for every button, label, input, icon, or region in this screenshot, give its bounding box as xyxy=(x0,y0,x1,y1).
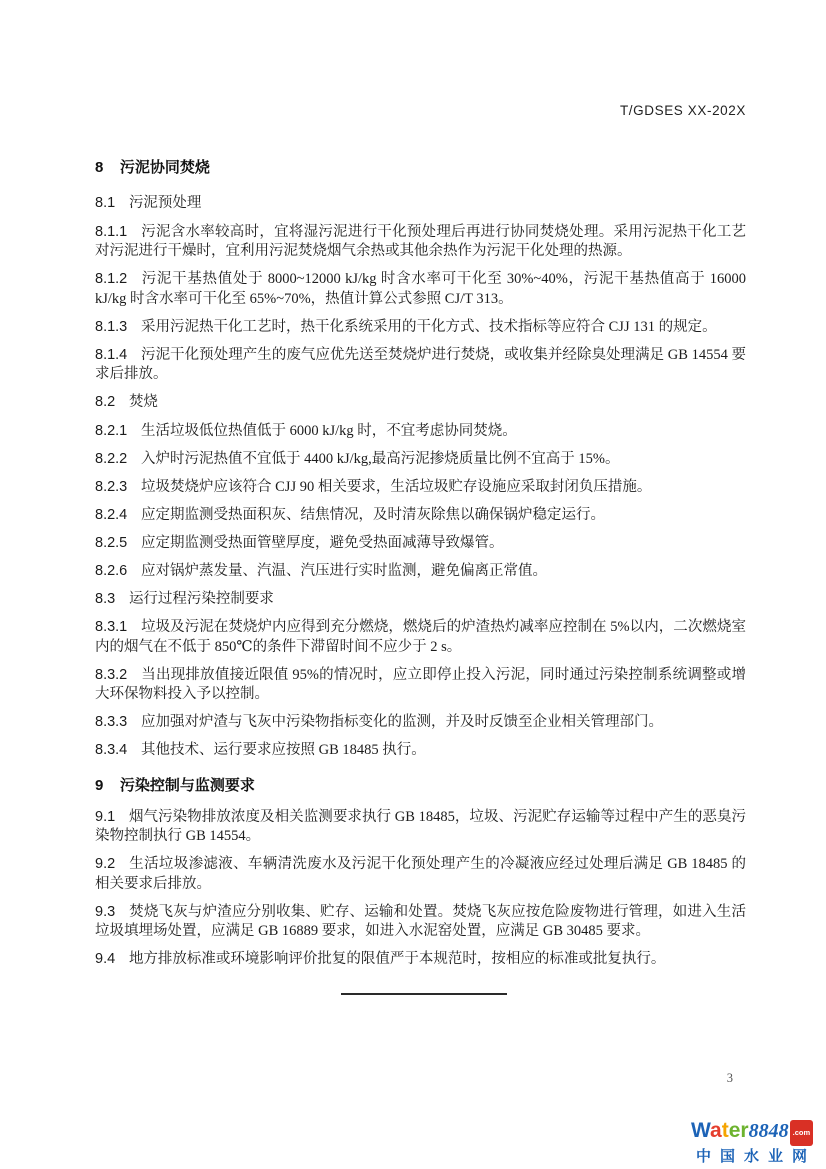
clause-number: 9.3 xyxy=(95,904,115,920)
clause-9-2: 9.2生活垃圾渗滤液、车辆清洗废水及污泥干化预处理产生的冷凝液应经过处理后满足 … xyxy=(95,855,746,894)
clause-number: 8.3.4 xyxy=(95,742,127,758)
chapter-number: 9 xyxy=(95,777,103,794)
clause-number: 8.1.3 xyxy=(95,319,127,335)
clause-text: 生活垃圾低位热值低于 6000 kJ/kg 时，不宜考虑协同焚烧。 xyxy=(141,423,517,439)
chapter-8-heading: 8污泥协同焚烧 xyxy=(95,158,746,178)
clause-8-1-2: 8.1.2污泥干基热值处于 8000~12000 kJ/kg 时含水率可干化至 … xyxy=(95,270,746,309)
clause-text: 应定期监测受热面管壁厚度，避免受热面减薄导致爆管。 xyxy=(141,535,504,551)
clause-9-4: 9.4地方排放标准或环境影响评价批复的限值严于本规范时，按相应的标准或批复执行。 xyxy=(95,950,746,970)
clause-8-3-3: 8.3.3应加强对炉渣与飞灰中污染物指标变化的监测，并及时反馈至企业相关管理部门… xyxy=(95,713,746,733)
clause-number: 9.4 xyxy=(95,951,115,967)
section-title: 污泥预处理 xyxy=(129,195,202,211)
water8848-logo: Water8848.com 中国水业网 xyxy=(691,1119,821,1166)
clause-number: 8.2.1 xyxy=(95,423,127,439)
clause-text: 污泥含水率较高时，宜将湿污泥进行干化预处理后再进行协同焚烧处理。采用污泥热干化工… xyxy=(95,224,746,260)
clause-8-1-3: 8.1.3采用污泥热干化工艺时，热干化系统采用的干化方式、技术指标等应符合 CJ… xyxy=(95,318,746,338)
logo-subtitle-chinese: 中国水业网 xyxy=(691,1147,821,1166)
section-number: 8.3 xyxy=(95,591,115,607)
clause-text: 污泥干基热值处于 8000~12000 kJ/kg 时含水率可干化至 30%~4… xyxy=(95,271,746,307)
clause-9-1: 9.1烟气污染物排放浓度及相关监测要求执行 GB 18485，垃圾、污泥贮存运输… xyxy=(95,808,746,847)
clause-text: 当出现排放值接近限值 95%的情况时，应立即停止投入污泥，同时通过污染控制系统调… xyxy=(95,667,746,703)
logo-letter-a: a xyxy=(710,1119,722,1142)
section-title: 焚烧 xyxy=(129,394,158,410)
chapter-title: 污染控制与监测要求 xyxy=(120,777,255,794)
clause-text: 其他技术、运行要求应按照 GB 18485 执行。 xyxy=(141,742,426,758)
clause-text: 应定期监测受热面积灰、结焦情况，及时清灰除焦以确保锅炉稳定运行。 xyxy=(141,507,605,523)
section-8-3-heading: 8.3运行过程污染控制要求 xyxy=(95,590,746,610)
chapter-9-heading: 9污染控制与监测要求 xyxy=(95,776,746,796)
clause-number: 8.2.2 xyxy=(95,451,127,467)
clause-number: 8.2.5 xyxy=(95,535,127,551)
chapter-title: 污泥协同焚烧 xyxy=(120,159,210,176)
doc-code-header: T/GDSES XX-202X xyxy=(620,103,746,118)
clause-number: 8.2.4 xyxy=(95,507,127,523)
clause-number: 8.1.1 xyxy=(95,224,127,240)
clause-text: 生活垃圾渗滤液、车辆清洗废水及污泥干化预处理产生的冷凝液应经过处理后满足 GB … xyxy=(95,856,746,892)
section-8-2-heading: 8.2焚烧 xyxy=(95,393,746,413)
clause-number: 8.3.2 xyxy=(95,667,127,683)
chapter-number: 8 xyxy=(95,159,103,176)
end-of-text-divider xyxy=(341,993,507,995)
clause-text: 污泥干化预处理产生的废气应优先送至焚烧炉进行焚烧，或收集并经除臭处理满足 GB … xyxy=(95,347,746,383)
logo-letter-t: t xyxy=(722,1119,729,1142)
clause-number: 8.1.4 xyxy=(95,347,127,363)
clause-number: 8.3.1 xyxy=(95,619,127,635)
clause-9-3: 9.3焚烧飞灰与炉渣应分别收集、贮存、运输和处置。焚烧飞灰应按危险废物进行管理，… xyxy=(95,903,746,942)
logo-letter-r: r xyxy=(740,1119,748,1142)
water8848-wordmark: Water8848.com xyxy=(691,1119,821,1146)
section-title: 运行过程污染控制要求 xyxy=(129,591,274,607)
clause-8-3-4: 8.3.4其他技术、运行要求应按照 GB 18485 执行。 xyxy=(95,741,746,761)
clause-number: 8.2.6 xyxy=(95,563,127,579)
section-number: 8.2 xyxy=(95,394,115,410)
clause-text: 垃圾及污泥在焚烧炉内应得到充分燃烧，燃烧后的炉渣热灼减率应控制在 5%以内，二次… xyxy=(95,619,746,655)
document-page: T/GDSES XX-202X 8污泥协同焚烧 8.1污泥预处理 8.1.1污泥… xyxy=(0,0,826,1169)
clause-8-2-2: 8.2.2入炉时污泥热值不宜低于 4400 kJ/kg,最高污泥掺烧质量比例不宜… xyxy=(95,450,746,470)
clause-number: 8.2.3 xyxy=(95,479,127,495)
clause-8-1-1: 8.1.1污泥含水率较高时，宜将湿污泥进行干化预处理后再进行协同焚烧处理。采用污… xyxy=(95,223,746,262)
logo-number-8848: 8848 xyxy=(749,1120,789,1142)
clause-8-2-5: 8.2.5应定期监测受热面管壁厚度，避免受热面减薄导致爆管。 xyxy=(95,534,746,554)
logo-letter-w: W xyxy=(691,1119,710,1142)
clause-text: 采用污泥热干化工艺时，热干化系统采用的干化方式、技术指标等应符合 CJJ 131… xyxy=(141,319,717,335)
clause-number: 8.3.3 xyxy=(95,714,127,730)
clause-text: 垃圾焚烧炉应该符合 CJJ 90 相关要求，生活垃圾贮存设施应采取封闭负压措施。 xyxy=(141,479,651,495)
clause-8-2-1: 8.2.1生活垃圾低位热值低于 6000 kJ/kg 时，不宜考虑协同焚烧。 xyxy=(95,422,746,442)
clause-number: 9.2 xyxy=(95,856,115,872)
clause-text: 烟气污染物排放浓度及相关监测要求执行 GB 18485，垃圾、污泥贮存运输等过程… xyxy=(95,809,746,845)
clause-8-3-2: 8.3.2当出现排放值接近限值 95%的情况时，应立即停止投入污泥，同时通过污染… xyxy=(95,666,746,705)
page-number: 3 xyxy=(727,1071,733,1086)
clause-number: 9.1 xyxy=(95,809,115,825)
section-number: 8.1 xyxy=(95,195,115,211)
clause-8-2-4: 8.2.4应定期监测受热面积灰、结焦情况，及时清灰除焦以确保锅炉稳定运行。 xyxy=(95,506,746,526)
document-body: 8污泥协同焚烧 8.1污泥预处理 8.1.1污泥含水率较高时，宜将湿污泥进行干化… xyxy=(95,151,746,978)
section-8-1-heading: 8.1污泥预处理 xyxy=(95,194,746,214)
clause-8-3-1: 8.3.1垃圾及污泥在焚烧炉内应得到充分燃烧，燃烧后的炉渣热灼减率应控制在 5%… xyxy=(95,618,746,657)
clause-text: 应对锅炉蒸发量、汽温、汽压进行实时监测，避免偏离正常值。 xyxy=(141,563,547,579)
clause-8-2-6: 8.2.6应对锅炉蒸发量、汽温、汽压进行实时监测，避免偏离正常值。 xyxy=(95,562,746,582)
clause-text: 入炉时污泥热值不宜低于 4400 kJ/kg,最高污泥掺烧质量比例不宜高于 15… xyxy=(141,451,620,467)
clause-8-1-4: 8.1.4污泥干化预处理产生的废气应优先送至焚烧炉进行焚烧，或收集并经除臭处理满… xyxy=(95,346,746,385)
clause-text: 应加强对炉渣与飞灰中污染物指标变化的监测，并及时反馈至企业相关管理部门。 xyxy=(141,714,663,730)
logo-letter-e: e xyxy=(729,1119,741,1142)
clause-number: 8.1.2 xyxy=(95,271,127,287)
clause-text: 地方排放标准或环境影响评价批复的限值严于本规范时，按相应的标准或批复执行。 xyxy=(129,951,666,967)
logo-dot-com-badge: .com xyxy=(790,1120,814,1146)
clause-8-2-3: 8.2.3垃圾焚烧炉应该符合 CJJ 90 相关要求，生活垃圾贮存设施应采取封闭… xyxy=(95,478,746,498)
clause-text: 焚烧飞灰与炉渣应分别收集、贮存、运输和处置。焚烧飞灰应按危险废物进行管理，如进入… xyxy=(95,904,746,940)
